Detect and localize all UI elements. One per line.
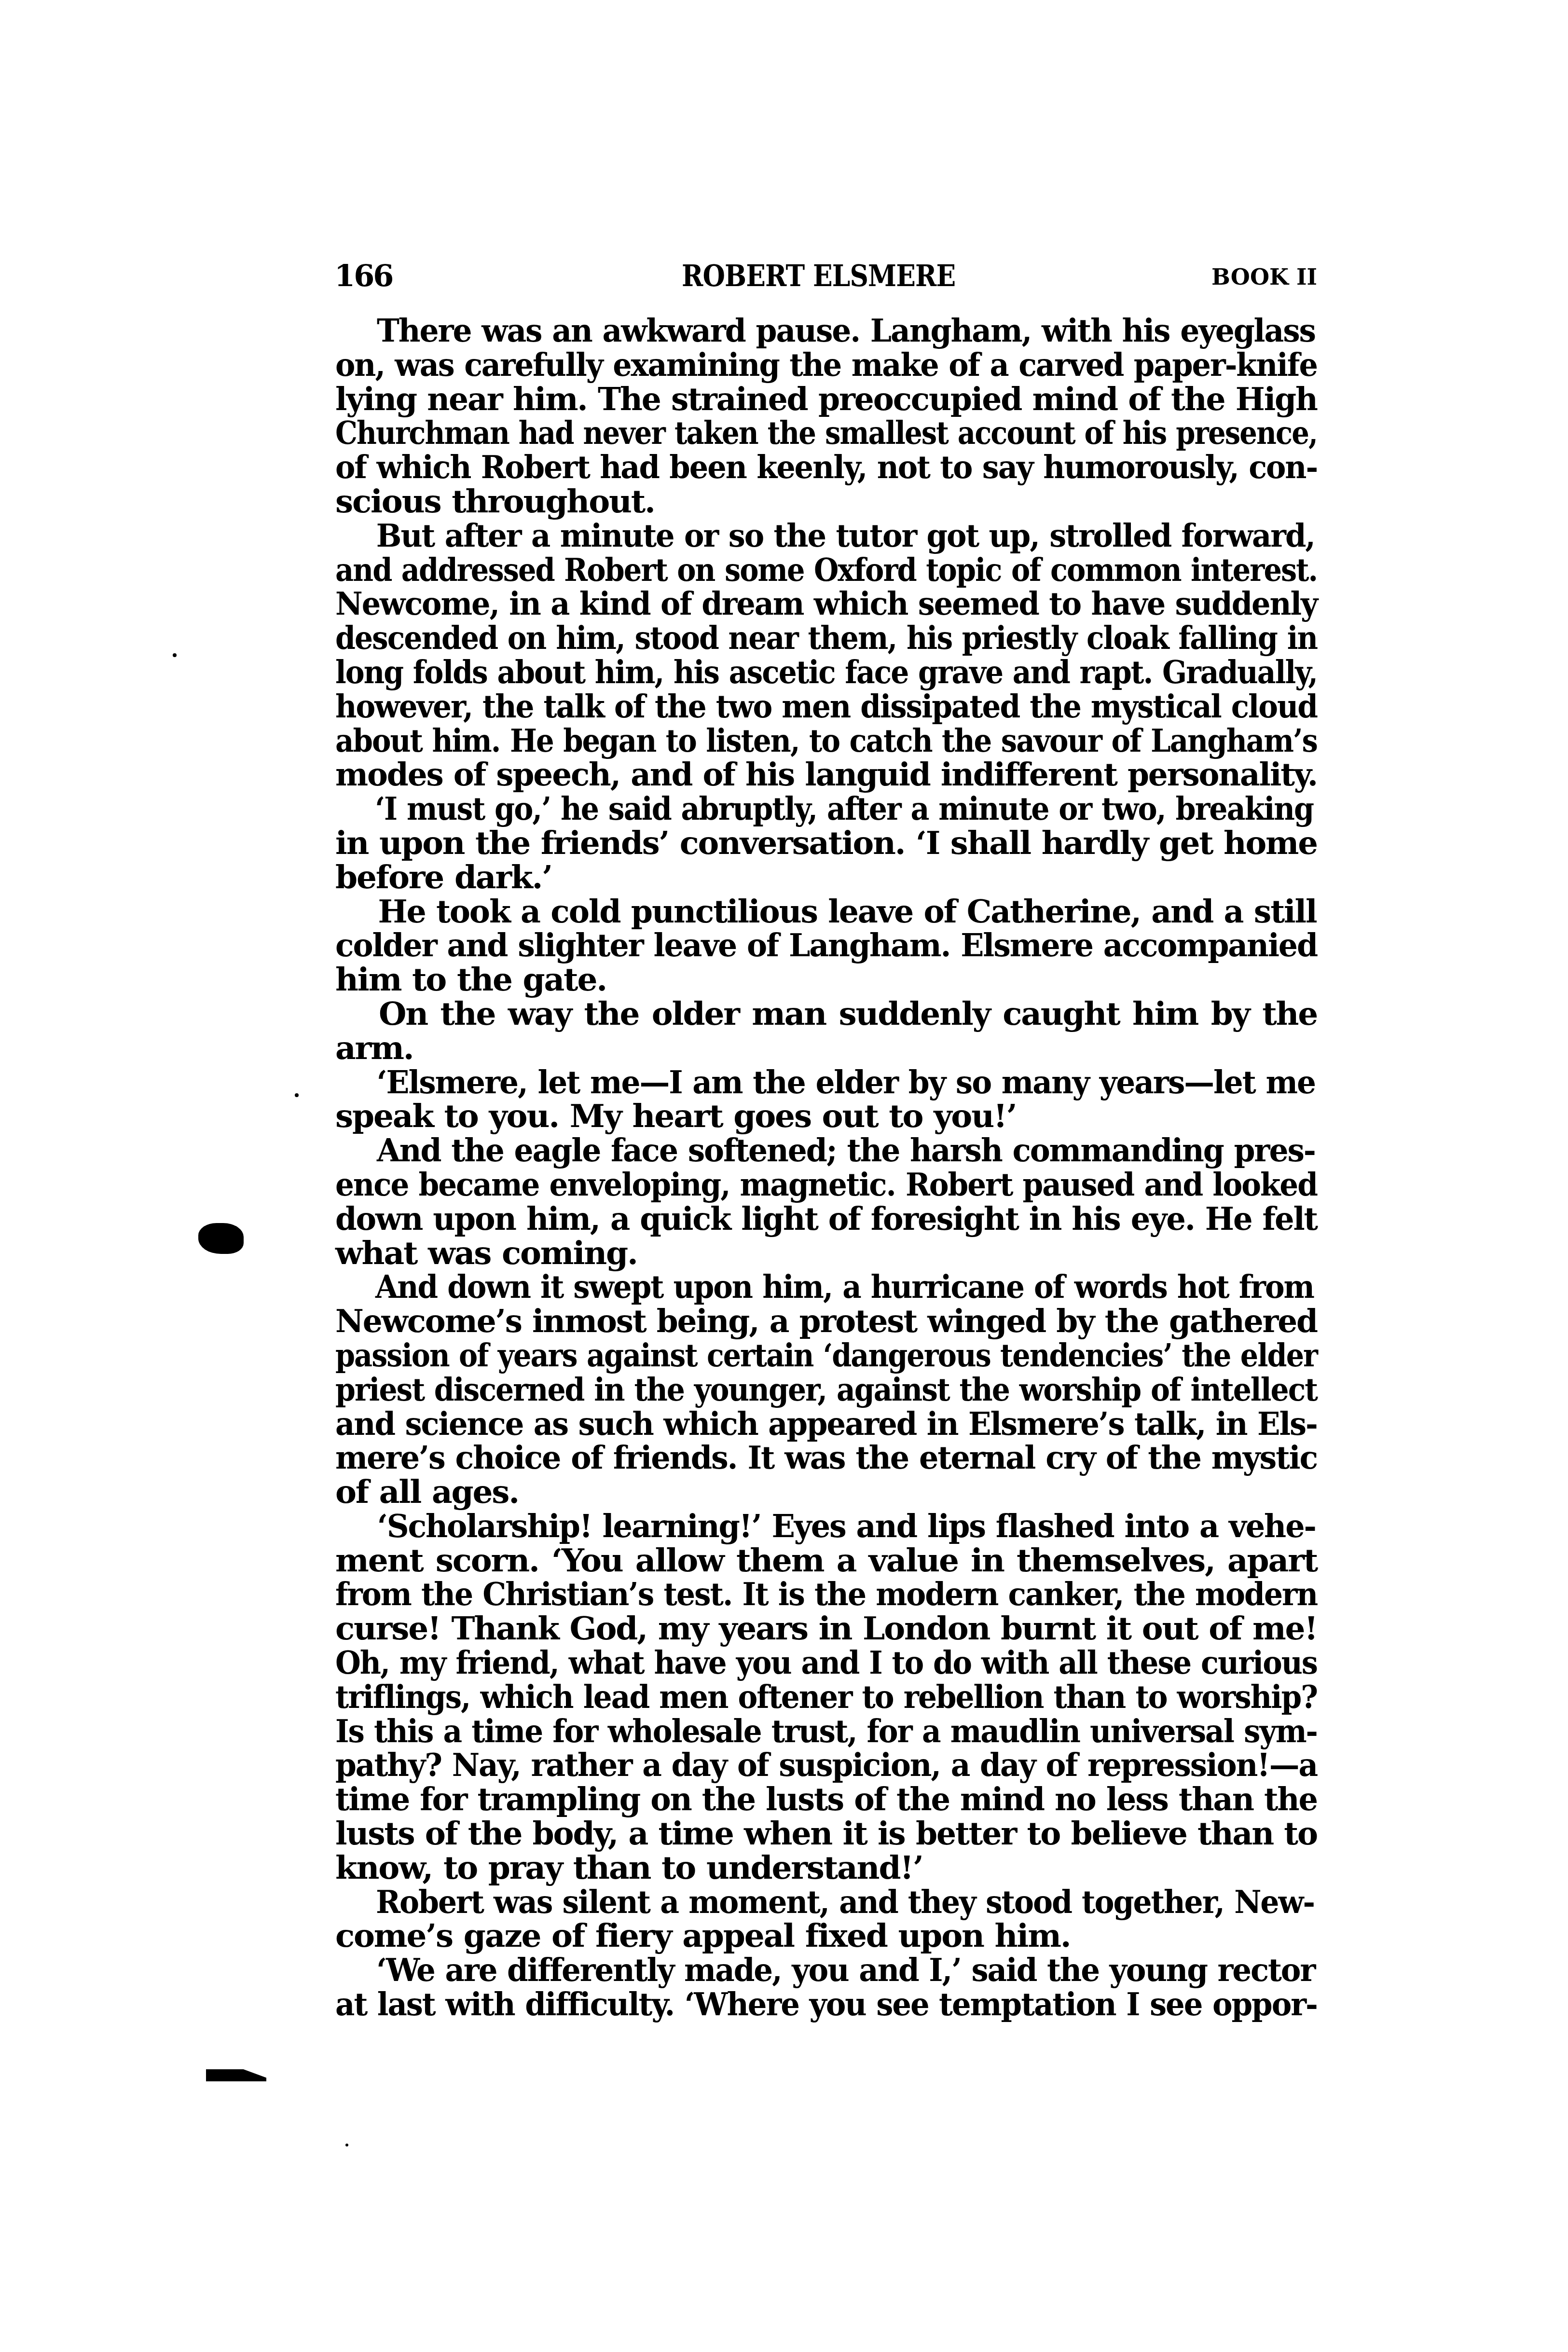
text-line: Newcome, in a kind of dream which seemed… xyxy=(335,587,1317,621)
text-line: priest discerned in the younger, against… xyxy=(335,1373,1317,1407)
text-line: at last with difficulty. ‘Where you see … xyxy=(335,1987,1317,2022)
text-line: He took a cold punctilious leave of Cath… xyxy=(335,894,1316,929)
text-line: know, to pray than to understand!’ xyxy=(335,1851,1317,1885)
text-line: curse! Thank God, my years in London bur… xyxy=(335,1611,1317,1646)
text-line: pathy? Nay, rather a day of suspicion, a… xyxy=(335,1748,1317,1782)
text-line: on, was carefully examining the make of … xyxy=(335,348,1317,382)
text-line: lying near him. The strained preoccupied… xyxy=(335,382,1317,416)
text-line: ‘I must go,’ he said abruptly, after a m… xyxy=(335,792,1313,826)
text-line: ment scorn. ‘You allow them a value in t… xyxy=(335,1543,1317,1578)
text-line: descended on him, stood near them, his p… xyxy=(335,621,1317,655)
text-line: Newcome’s inmost being, a protest winged… xyxy=(335,1304,1317,1338)
text-line: ‘We are differently made, you and I,’ sa… xyxy=(335,1953,1315,1987)
text-line: mere’s choice of friends. It was the ete… xyxy=(335,1441,1317,1475)
text-line: ‘Scholarship! learning!’ Eyes and lips f… xyxy=(335,1509,1316,1543)
text-line: ence became enveloping, magnetic. Robert… xyxy=(335,1168,1317,1202)
text-line: Robert was silent a moment, and they sto… xyxy=(335,1885,1314,1919)
text-line: ‘Elsmere, let me—I am the elder by so ma… xyxy=(335,1065,1315,1100)
text-line: come’s gaze of fiery appeal fixed upon h… xyxy=(335,1919,1317,1953)
stray-dot-icon xyxy=(173,653,177,657)
text-line: in upon the friends’ conversation. ‘I sh… xyxy=(335,826,1317,860)
text-line: lusts of the body, a time when it is bet… xyxy=(335,1816,1317,1851)
text-line: speak to you. My heart goes out to you!’ xyxy=(335,1099,1317,1133)
text-line: And the eagle face softened; the harsh c… xyxy=(335,1133,1315,1168)
body-text: There was an awkward pause. Langham, wit… xyxy=(335,314,1317,2022)
text-line: triflings, which lead men oftener to reb… xyxy=(335,1680,1317,1714)
text-line: down upon him, a quick light of foresigh… xyxy=(335,1202,1317,1236)
text-line: and science as such which appeared in El… xyxy=(335,1407,1317,1441)
stray-dot-icon xyxy=(345,2144,348,2146)
text-line: passion of years against certain ‘danger… xyxy=(335,1338,1317,1373)
text-line: But after a minute or so the tutor got u… xyxy=(335,519,1315,553)
ink-blot-icon xyxy=(198,1223,244,1254)
book-section: BOOK II xyxy=(1211,263,1317,290)
page-number: 166 xyxy=(334,261,392,291)
text-line: Is this a time for wholesale trust, for … xyxy=(335,1714,1317,1748)
book-title: ROBERT ELSMERE xyxy=(682,261,947,291)
margin-dash-icon xyxy=(206,2069,266,2081)
text-line: of which Robert had been keenly, not to … xyxy=(335,450,1317,484)
text-line: Churchman had never taken the smallest a… xyxy=(335,416,1317,450)
text-line: colder and slighter leave of Langham. El… xyxy=(335,928,1317,963)
text-line: And down it swept upon him, a hurricane … xyxy=(335,1270,1314,1304)
text-line: what was coming. xyxy=(335,1236,1317,1270)
text-line: scious throughout. xyxy=(335,484,1317,519)
text-line: time for trampling on the lusts of the m… xyxy=(335,1782,1317,1816)
text-line: There was an awkward pause. Langham, wit… xyxy=(335,314,1315,348)
text-line: long folds about him, his ascetic face g… xyxy=(335,655,1317,689)
book-page: 166 ROBERT ELSMERE BOOK II There was an … xyxy=(0,0,1568,2352)
text-line: about him. He began to listen, to catch … xyxy=(335,724,1317,758)
text-line: of all ages. xyxy=(335,1475,1317,1509)
text-line: and addressed Robert on some Oxford topi… xyxy=(335,553,1317,587)
text-line: before dark.’ xyxy=(335,860,1317,894)
text-line: him to the gate. xyxy=(335,963,1317,997)
text-line: however, the talk of the two men dissipa… xyxy=(335,689,1317,724)
text-line: Oh, my friend, what have you and I to do… xyxy=(335,1646,1317,1680)
stray-dot-icon xyxy=(295,1093,299,1097)
text-line: arm. xyxy=(335,1031,1317,1065)
text-line: from the Christian’s test. It is the mod… xyxy=(335,1577,1317,1611)
text-line: On the way the older man suddenly caught… xyxy=(335,997,1317,1031)
text-line: modes of speech, and of his languid indi… xyxy=(335,757,1317,792)
running-head: 166 ROBERT ELSMERE BOOK II xyxy=(334,261,1317,291)
